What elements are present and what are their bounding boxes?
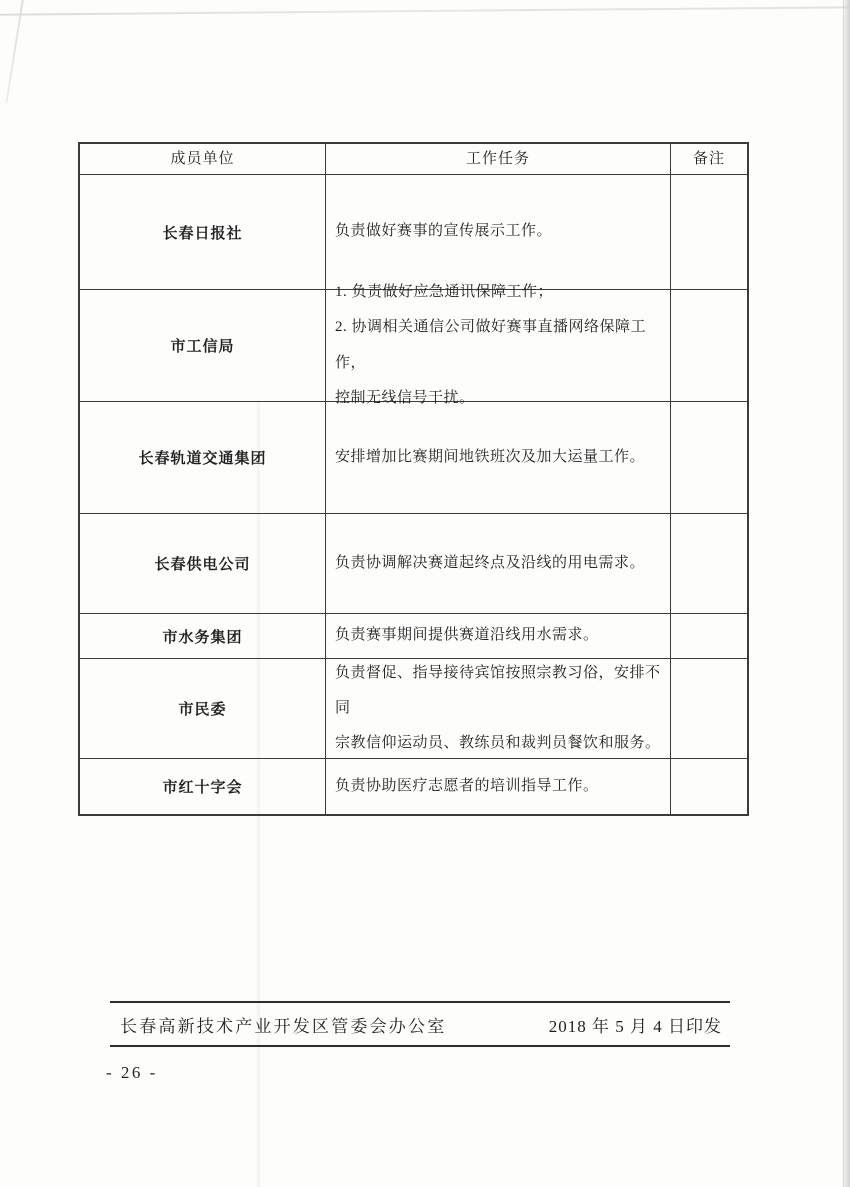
scanned-document-page: 成员单位 工作任务 备注 长春日报社 负责做好赛事的宣传展示工作。 市工信局 1… bbox=[0, 0, 850, 1187]
table-row: 市民委 负责督促、指导接待宾馆按照宗教习俗，安排不同 宗教信仰运动员、教练员和裁… bbox=[80, 659, 747, 759]
scan-artifact-right-edge-line bbox=[843, 0, 844, 1187]
work-task-cell: 1. 负责做好应急通讯保障工作； 2. 协调相关通信公司做好赛事直播网络保障工作… bbox=[326, 290, 671, 401]
member-unit-cell: 市水务集团 bbox=[80, 614, 326, 658]
header-member-unit: 成员单位 bbox=[80, 144, 326, 174]
note-cell bbox=[671, 514, 747, 613]
member-unit-task-table: 成员单位 工作任务 备注 长春日报社 负责做好赛事的宣传展示工作。 市工信局 1… bbox=[78, 142, 749, 816]
note-cell bbox=[671, 290, 747, 401]
print-date: 2018 年 5 月 4 日印发 bbox=[549, 1012, 722, 1037]
note-cell bbox=[671, 659, 747, 758]
table-row: 长春日报社 负责做好赛事的宣传展示工作。 bbox=[80, 175, 747, 290]
work-task-cell: 负责协调解决赛道起终点及沿线的用电需求。 bbox=[326, 514, 671, 613]
note-cell bbox=[671, 759, 747, 814]
note-cell bbox=[671, 614, 747, 658]
work-task-cell: 负责督促、指导接待宾馆按照宗教习俗，安排不同 宗教信仰运动员、教练员和裁判员餐饮… bbox=[326, 659, 671, 758]
member-unit-cell: 市民委 bbox=[80, 659, 326, 758]
table-row: 长春供电公司 负责协调解决赛道起终点及沿线的用电需求。 bbox=[80, 514, 747, 614]
member-unit-cell: 长春供电公司 bbox=[80, 514, 326, 613]
member-unit-cell: 长春轨道交通集团 bbox=[80, 402, 326, 513]
note-cell bbox=[671, 402, 747, 513]
table-header-row: 成员单位 工作任务 备注 bbox=[80, 144, 747, 175]
member-unit-cell: 市工信局 bbox=[80, 290, 326, 401]
header-note: 备注 bbox=[671, 144, 747, 174]
member-unit-cell: 长春日报社 bbox=[80, 175, 326, 289]
header-work-task: 工作任务 bbox=[326, 144, 671, 174]
table-row: 市红十字会 负责协助医疗志愿者的培训指导工作。 bbox=[80, 759, 747, 814]
table-row: 市水务集团 负责赛事期间提供赛道沿线用水需求。 bbox=[80, 614, 747, 659]
document-footer: 长春高新技术产业开发区管委会办公室 2018 年 5 月 4 日印发 bbox=[110, 1001, 730, 1047]
scan-artifact-top-paper-edge bbox=[0, 6, 850, 16]
table-row: 长春轨道交通集团 安排增加比赛期间地铁班次及加大运量工作。 bbox=[80, 402, 747, 514]
work-task-cell: 负责协助医疗志愿者的培训指导工作。 bbox=[326, 759, 671, 814]
work-task-cell: 负责赛事期间提供赛道沿线用水需求。 bbox=[326, 614, 671, 658]
work-task-cell: 安排增加比赛期间地铁班次及加大运量工作。 bbox=[326, 402, 671, 513]
member-unit-cell: 市红十字会 bbox=[80, 759, 326, 814]
issuing-office: 长春高新技术产业开发区管委会办公室 bbox=[120, 1012, 446, 1037]
table-row: 市工信局 1. 负责做好应急通讯保障工作； 2. 协调相关通信公司做好赛事直播网… bbox=[80, 290, 747, 402]
note-cell bbox=[671, 175, 747, 289]
work-task-cell: 负责做好赛事的宣传展示工作。 bbox=[326, 175, 671, 289]
page-number: - 26 - bbox=[106, 1063, 158, 1083]
